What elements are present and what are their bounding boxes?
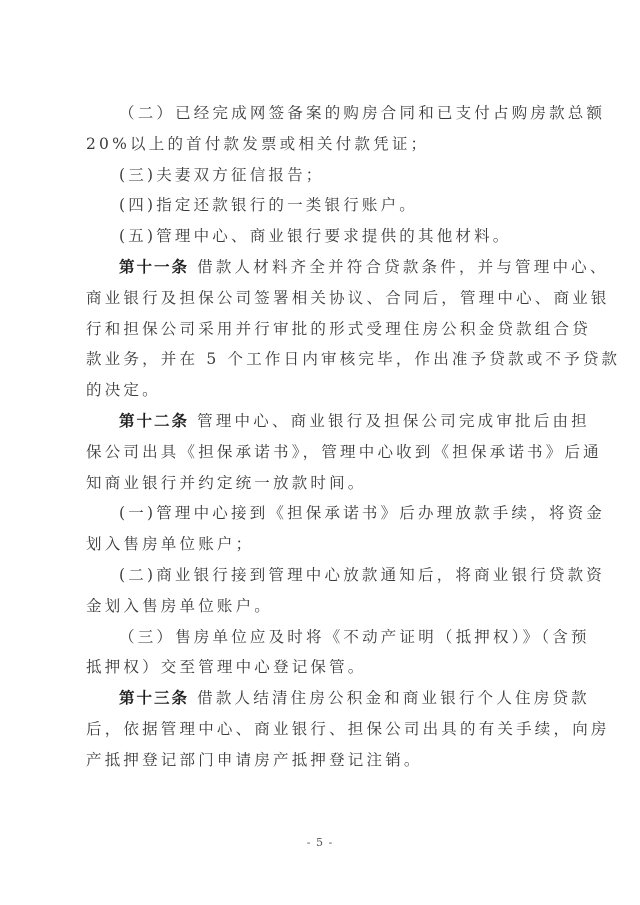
text-line: (二)商业银行接到管理中心放款通知后，将商业银行贷款资 — [86, 560, 564, 591]
line-text: 款业务，并在 5 个工作日内审核完毕，作出准予贷款或不予贷款 — [86, 350, 620, 368]
text-line: 金划入售房单位账户。 — [86, 591, 564, 622]
line-text: 20%以上的首付款发票或相关付款凭证； — [86, 135, 429, 153]
article-number: 第十三条 — [119, 688, 189, 707]
line-text: 借款人材料齐全并符合贷款条件，并与管理中心、 — [189, 258, 609, 276]
text-line: 后，依据管理中心、商业银行、担保公司出具的有关手续，向房 — [86, 714, 564, 745]
text-line: 抵押权）交至管理中心登记保管。 — [86, 652, 564, 683]
text-line: 20%以上的首付款发票或相关付款凭证； — [86, 129, 564, 160]
line-text: 后，依据管理中心、商业银行、担保公司出具的有关手续，向房 — [86, 720, 610, 738]
text-line: 的决定。 — [86, 375, 564, 406]
page-number: - 5 - — [0, 836, 640, 849]
line-text: 划入售房单位账户； — [86, 535, 254, 553]
line-text: 产抵押登记部门申请房产抵押登记注销。 — [86, 751, 423, 769]
text-line: 商业银行及担保公司签署相关协议、合同后，管理中心、商业银 — [86, 283, 564, 314]
line-text: (一)管理中心接到《担保承诺书》后办理放款手续，将资金 — [119, 504, 605, 522]
text-line: 划入售房单位账户； — [86, 529, 564, 560]
text-line: 产抵押登记部门申请房产抵押登记注销。 — [86, 745, 564, 776]
line-text: (二)商业银行接到管理中心放款通知后，将商业银行贷款资 — [119, 566, 605, 584]
article-13-heading-line: 第十三条 借款人结清住房公积金和商业银行个人住房贷款 — [86, 683, 564, 714]
text-line: （三）售房单位应及时将《不动产证明（抵押权）》（含预 — [86, 622, 564, 653]
article-number: 第十二条 — [119, 411, 189, 430]
line-text: 的决定。 — [86, 381, 161, 399]
article-12-heading-line: 第十二条 管理中心、商业银行及担保公司完成审批后由担 — [86, 406, 564, 437]
line-text: (四)指定还款银行的一类银行账户。 — [119, 196, 418, 214]
text-line: (四)指定还款银行的一类银行账户。 — [86, 190, 564, 221]
text-line: (五)管理中心、商业银行要求提供的其他材料。 — [86, 221, 564, 252]
text-line: 保公司出具《担保承诺书》，管理中心收到《担保承诺书》后通 — [86, 437, 564, 468]
line-text: 管理中心、商业银行及担保公司完成审批后由担 — [189, 412, 590, 430]
line-text: 保公司出具《担保承诺书》，管理中心收到《担保承诺书》后通 — [86, 443, 602, 461]
article-number: 第十一条 — [119, 257, 189, 276]
line-text: （二）已经完成网签备案的购房合同和已支付占购房款总额 — [119, 104, 605, 122]
text-line: (一)管理中心接到《担保承诺书》后办理放款手续，将资金 — [86, 498, 564, 529]
article-11-heading-line: 第十一条 借款人材料齐全并符合贷款条件，并与管理中心、 — [86, 252, 564, 283]
text-line: 行和担保公司采用并行审批的形式受理住房公积金贷款组合贷 — [86, 314, 564, 345]
line-text: (五)管理中心、商业银行要求提供的其他材料。 — [119, 227, 512, 245]
line-text: 借款人结清住房公积金和商业银行个人住房贷款 — [189, 689, 590, 707]
line-text: 抵押权）交至管理中心登记保管。 — [86, 658, 367, 676]
text-line: 知商业银行并约定统一放款时间。 — [86, 468, 564, 499]
text-line: (三)夫妻双方征信报告； — [86, 160, 564, 191]
text-line: （二）已经完成网签备案的购房合同和已支付占购房款总额 — [86, 98, 564, 129]
line-text: 商业银行及担保公司签署相关协议、合同后，管理中心、商业银 — [86, 289, 610, 307]
line-text: (三)夫妻双方征信报告； — [119, 166, 325, 184]
line-text: 知商业银行并约定统一放款时间。 — [86, 474, 367, 492]
line-text: 行和担保公司采用并行审批的形式受理住房公积金贷款组合贷 — [86, 320, 591, 338]
document-body: （二）已经完成网签备案的购房合同和已支付占购房款总额 20%以上的首付款发票或相… — [86, 98, 564, 776]
line-text: 金划入售房单位账户。 — [86, 597, 273, 615]
text-line: 款业务，并在 5 个工作日内审核完毕，作出准予贷款或不予贷款 — [86, 344, 564, 375]
document-page: （二）已经完成网签备案的购房合同和已支付占购房款总额 20%以上的首付款发票或相… — [0, 0, 640, 905]
line-text: （三）售房单位应及时将《不动产证明（抵押权）》（含预 — [119, 628, 590, 646]
